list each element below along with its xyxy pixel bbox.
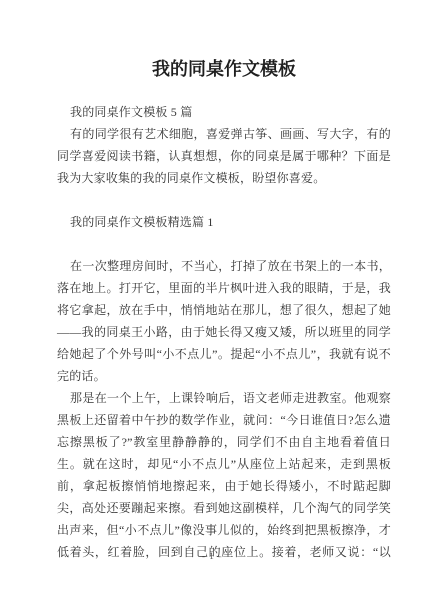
intro-paragraph: 有的同学很有艺术细胞，喜爱弹古筝、画画、写大字，有的同学喜爱阅读书籍，认真想想，… bbox=[57, 123, 391, 189]
document-subtitle: 我的同桌作文模板 5 篇 bbox=[57, 101, 391, 123]
body-paragraph-1: 在一次整理房间时，不当心，打掉了放在书架上的一本书，落在地上。打开它，里面的半片… bbox=[57, 255, 391, 387]
document-page: 我的同桌作文模板 我的同桌作文模板 5 篇 有的同学很有艺术细胞，喜爱弹古筝、画… bbox=[0, 0, 424, 600]
page-content: 我的同桌作文模板 我的同桌作文模板 5 篇 有的同学很有艺术细胞，喜爱弹古筝、画… bbox=[57, 54, 391, 563]
section-heading: 我的同桌作文模板精选篇 1 bbox=[57, 211, 391, 233]
body-paragraph-2: 那是在一个上午，上课铃响后，语文老师走进教室。他观察黑板上还留着中午抄的数学作业… bbox=[57, 387, 391, 563]
page-number: - 1 - bbox=[0, 550, 424, 562]
document-title: 我的同桌作文模板 bbox=[57, 54, 391, 84]
